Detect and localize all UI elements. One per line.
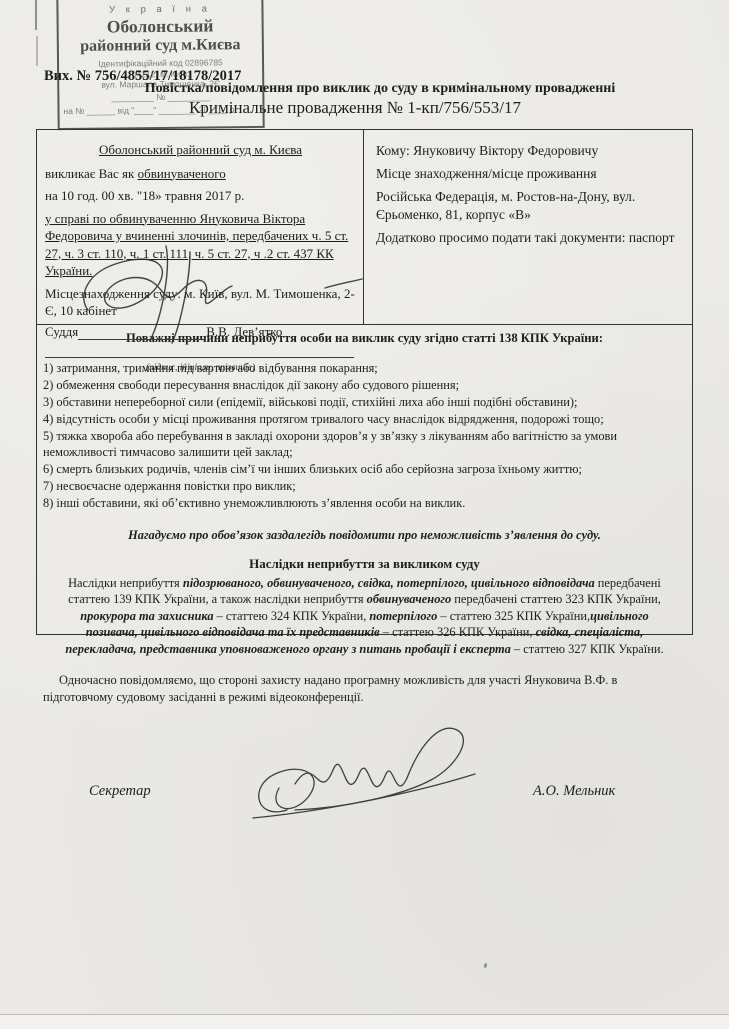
list-item: 8) інші обставини, які об’єктивно унемож…: [43, 495, 686, 512]
secretary-name: А.О. Мельник: [533, 783, 615, 800]
advance-notice-reminder: Нагадуємо про обов’язок заздалегідь пові…: [43, 527, 686, 544]
list-item: 6) смерть близьких родичів, членів сім’ї…: [43, 461, 686, 478]
list-item: 2) обмеження свободи пересування внаслід…: [43, 377, 686, 394]
list-item: 5) тяжка хвороба або перебування в закла…: [43, 428, 686, 461]
scanner-bottom-edge: [0, 1014, 729, 1029]
hearing-datetime-line: на 10 год. 00 хв. "18» травня 2017 р.: [45, 187, 356, 205]
recipient-name-line: Кому: Януковичу Віктору Федоровичу: [376, 142, 682, 160]
recipient-location-label: Місце знаходження/місце проживання: [376, 165, 682, 183]
court-name: Оболонський районний суд м. Києва: [45, 141, 356, 159]
list-item: 7) несвоєчасне одержання повістки про ви…: [43, 478, 686, 495]
secretary-label: Секретар: [89, 783, 151, 800]
signature-caption: (підпис, ініціали, прізвище): [45, 360, 356, 378]
list-item: 3) обставини непереборної сили (епідемії…: [43, 394, 686, 411]
consequences-paragraph: Наслідки неприбуття підозрюваного, обвин…: [43, 575, 686, 658]
scanned-court-summons-page: У к р а ї н а Оболонський районний суд м…: [0, 0, 729, 1029]
document-title: Повістка/повідомлення про виклик до суду…: [88, 81, 672, 97]
consequences-heading: Наслідки неприбуття за викликом суду: [43, 556, 686, 573]
judge-handwritten-signature: [70, 238, 370, 346]
secretary-handwritten-signature: [235, 722, 495, 830]
scan-edge-mark: [36, 36, 38, 66]
summons-table: Оболонський районний суд м. Києва виклик…: [36, 129, 693, 635]
summon-role-line: викликає Вас як обвинуваченого: [45, 165, 356, 183]
videoconference-note: Одночасно повідомляємо, що стороні захис…: [43, 672, 686, 705]
stamp-court-name-line2: районний суд м.Києва: [59, 35, 262, 56]
case-number-line: Кримінальне провадження № 1-кп/756/553/1…: [75, 98, 635, 118]
stamp-country: У к р а ї н а: [58, 3, 261, 16]
scan-edge-mark: [35, 0, 37, 30]
list-item: 4) відсутність особи у місці проживання …: [43, 411, 686, 428]
scan-speck: [483, 963, 487, 969]
legal-notes-cell: Поважні причини неприбуття особи на викл…: [37, 325, 692, 705]
recipient-info-cell: Кому: Януковичу Віктору Федоровичу Місце…: [364, 130, 692, 324]
recipient-address: Російська Федерація, м. Ростов-на-Дону, …: [376, 188, 682, 224]
required-documents-line: Додатково просимо подати такі документи:…: [376, 229, 682, 247]
stamp-court-name-line1: Оболонський: [59, 15, 262, 37]
valid-reasons-list: 1) затримання, тримання під вартою або в…: [43, 360, 686, 512]
